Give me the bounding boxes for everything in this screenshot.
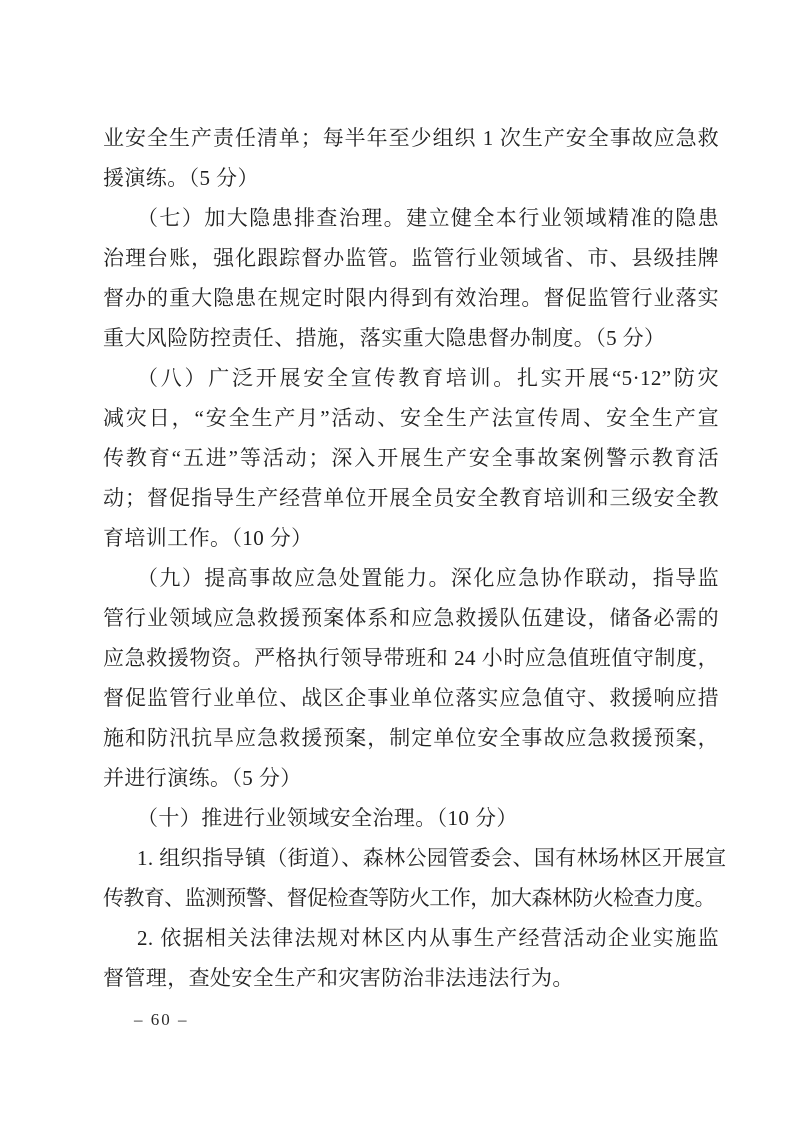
text-line: 督管理，查处安全生产和灾害防治非法违法行为。 xyxy=(103,958,719,998)
text-line: 应急救援物资。严格执行领导带班和 24 小时应急值班值守制度， xyxy=(103,638,719,678)
text-line: 传教育、监测预警、督促检查等防火工作，加大森林防火检查力度。 xyxy=(103,878,719,918)
document-body: 业安全生产责任清单；每半年至少组织 1 次生产安全事故应急救 援演练。（5 分）… xyxy=(103,118,719,998)
text-line: 动；督促指导生产经营单位开展全员安全教育培训和三级安全教 xyxy=(103,478,719,518)
text-line: （十）推进行业领域安全治理。（10 分） xyxy=(103,798,719,838)
text-line: （九）提高事故应急处置能力。深化应急协作联动，指导监 xyxy=(103,558,719,598)
text-line: 督办的重大隐患在规定时限内得到有效治理。督促监管行业落实 xyxy=(103,278,719,318)
text-line: 治理台账，强化跟踪督办监管。监管行业领域省、市、县级挂牌 xyxy=(103,238,719,278)
text-line: 重大风险防控责任、措施，落实重大隐患督办制度。（5 分） xyxy=(103,318,719,358)
document-page: 业安全生产责任清单；每半年至少组织 1 次生产安全事故应急救 援演练。（5 分）… xyxy=(0,0,793,1122)
text-line: 1. 组织指导镇（街道）、森林公园管委会、国有林场林区开展宣 xyxy=(103,838,719,878)
text-line: 减灾日，“安全生产月”活动、安全生产法宣传周、安全生产宣 xyxy=(103,398,719,438)
text-line: 2. 依据相关法律法规对林区内从事生产经营活动企业实施监 xyxy=(103,918,719,958)
text-line: 管行业领域应急救援预案体系和应急救援队伍建设，储备必需的 xyxy=(103,598,719,638)
text-line: 并进行演练。（5 分） xyxy=(103,758,719,798)
text-line: （七）加大隐患排查治理。建立健全本行业领域精准的隐患 xyxy=(103,198,719,238)
text-line: 援演练。（5 分） xyxy=(103,158,719,198)
text-line: 施和防汛抗旱应急救援预案，制定单位安全事故应急救援预案， xyxy=(103,718,719,758)
page-number: – 60 – xyxy=(134,1005,189,1035)
text-line: （八）广泛开展安全宣传教育培训。扎实开展“5·12”防灾 xyxy=(103,358,719,398)
text-line: 业安全生产责任清单；每半年至少组织 1 次生产安全事故应急救 xyxy=(103,118,719,158)
text-line: 督促监管行业单位、战区企事业单位落实应急值守、救援响应措 xyxy=(103,678,719,718)
text-line: 育培训工作。（10 分） xyxy=(103,518,719,558)
text-line: 传教育“五进”等活动；深入开展生产安全事故案例警示教育活 xyxy=(103,438,719,478)
